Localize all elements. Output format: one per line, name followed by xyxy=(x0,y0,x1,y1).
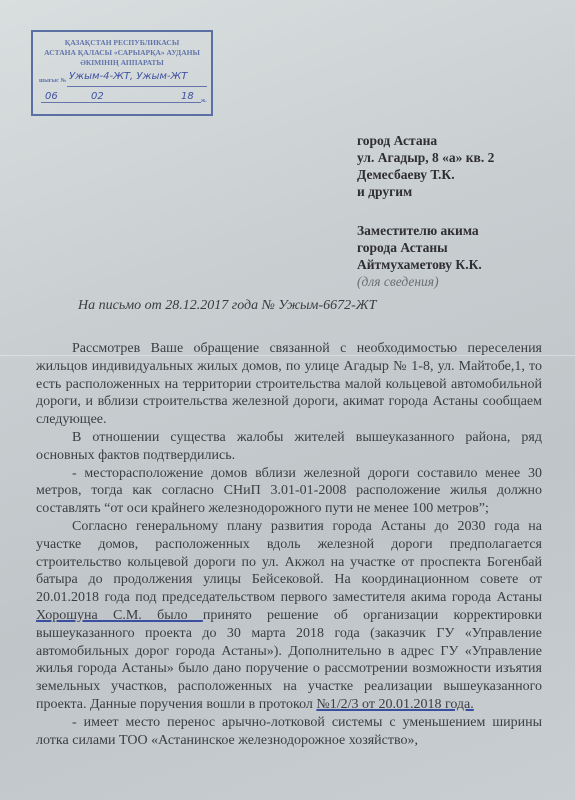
letter-page: ҚАЗАҚСТАН РЕСПУБЛИКАСЫ АСТАНА ҚАЛАСЫ «СА… xyxy=(0,0,575,800)
stamp-number-line xyxy=(67,86,207,87)
recipient-line: город Астана xyxy=(357,132,494,149)
paragraph-text: Согласно генеральному плану развития гор… xyxy=(36,519,542,605)
stamp-line-3: ӘКІМІНІҢ АППАРАТЫ xyxy=(33,58,211,68)
paragraph: Рассмотрев Ваше обращение связанной с не… xyxy=(36,340,542,429)
recipient-note: (для сведения) xyxy=(357,273,482,290)
stamp-year-suffix: ж. xyxy=(201,96,207,106)
registration-stamp: ҚАЗАҚСТАН РЕСПУБЛИКАСЫ АСТАНА ҚАЛАСЫ «СА… xyxy=(31,30,213,116)
stamp-handwritten-number: Ужым-4-ЖТ, Ужым-ЖТ xyxy=(69,72,187,82)
letter-body: Рассмотрев Ваше обращение связанной с не… xyxy=(36,340,542,749)
recipient-line: Заместителю акима xyxy=(357,222,482,239)
recipient-line: Демесбаеву Т.К. xyxy=(357,166,494,183)
underlined-text: Хорошуна С.М. было xyxy=(36,608,203,623)
stamp-day: 06 xyxy=(45,92,58,102)
recipient-block: город Астана ул. Агадыр, 8 «а» кв. 2 Дем… xyxy=(357,132,494,200)
stamp-line-1: ҚАЗАҚСТАН РЕСПУБЛИКАСЫ xyxy=(33,38,211,48)
recipient-line: ул. Агадыр, 8 «а» кв. 2 xyxy=(357,149,494,166)
stamp-year: 18 xyxy=(181,92,194,102)
paragraph: Согласно генеральному плану развития гор… xyxy=(36,518,542,714)
paragraph: В отношении существа жалобы жителей выше… xyxy=(36,429,542,465)
copy-recipient-block: Заместителю акима города Астаны Айтмухам… xyxy=(357,222,482,290)
recipient-line: и другим xyxy=(357,183,494,200)
stamp-out-label: шығыс № xyxy=(39,76,66,86)
underlined-text: №1/2/3 от 20.01.2018 года. xyxy=(316,697,473,712)
recipient-line: Айтмухаметову К.К. xyxy=(357,256,482,273)
stamp-month: 02 xyxy=(91,92,104,102)
paragraph: - месторасположение домов вблизи железно… xyxy=(36,465,542,518)
letter-reference: На письмо от 28.12.2017 года № Ужым-6672… xyxy=(78,298,376,314)
paragraph: - имеет место перенос арычно-лотковой си… xyxy=(36,714,542,750)
stamp-line-2: АСТАНА ҚАЛАСЫ «САРЫАРҚА» АУДАНЫ xyxy=(33,48,211,58)
recipient-line: города Астаны xyxy=(357,239,482,256)
stamp-date-line xyxy=(41,102,201,103)
